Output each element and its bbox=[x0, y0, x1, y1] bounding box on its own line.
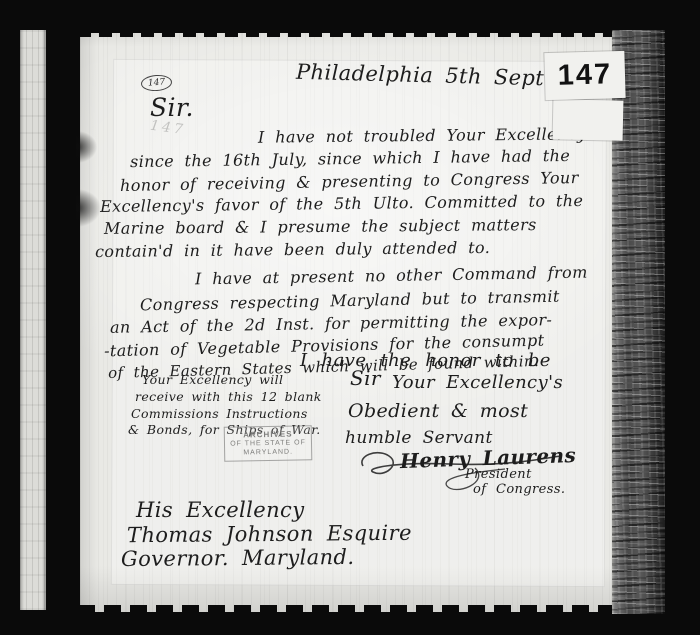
ragged-bottom-edge bbox=[78, 605, 618, 614]
blank-slip bbox=[553, 99, 624, 140]
closing-sir: Sir bbox=[350, 368, 381, 388]
edge-shadow-blob bbox=[76, 188, 102, 228]
signature-title-line: of Congress. bbox=[473, 483, 565, 496]
body-line: I have not troubled Your Excellency bbox=[258, 126, 587, 145]
address-line: Governor. Maryland. bbox=[121, 547, 355, 570]
address-line: His Excellency bbox=[136, 500, 304, 521]
signature-title-line: President bbox=[465, 468, 532, 481]
stamp-line: MARYLAND. bbox=[227, 447, 309, 457]
left-film-strip bbox=[20, 30, 46, 610]
body-line: contain'd in it have been duly attended … bbox=[95, 240, 490, 260]
microfilm-scan: 147 147 Philadelphia 5th Sept. 1778 Sir.… bbox=[0, 0, 700, 635]
marginal-note-line: Commissions Instructions bbox=[131, 408, 308, 421]
edge-shadow-blob bbox=[76, 130, 98, 164]
closing-line: Obedient & most bbox=[348, 402, 528, 421]
page-number: 147 bbox=[557, 58, 612, 93]
ragged-top-edge bbox=[78, 30, 618, 37]
marginal-note-line: receive with this 12 blank bbox=[135, 391, 322, 404]
closing-line: Your Excellency's bbox=[392, 374, 563, 392]
archives-stamp: ARCHIVES OF THE STATE OF MARYLAND. bbox=[224, 425, 313, 462]
address-line: Thomas Johnson Esquire bbox=[127, 523, 412, 546]
salutation: Sir. bbox=[150, 95, 194, 120]
marginal-note-line: Your Excellency will bbox=[142, 374, 283, 387]
page-number-slip: 147 bbox=[544, 51, 625, 100]
closing-honor-line: I have the honor to be bbox=[300, 352, 551, 370]
body-line: Marine board & I presume the subject mat… bbox=[104, 217, 537, 237]
